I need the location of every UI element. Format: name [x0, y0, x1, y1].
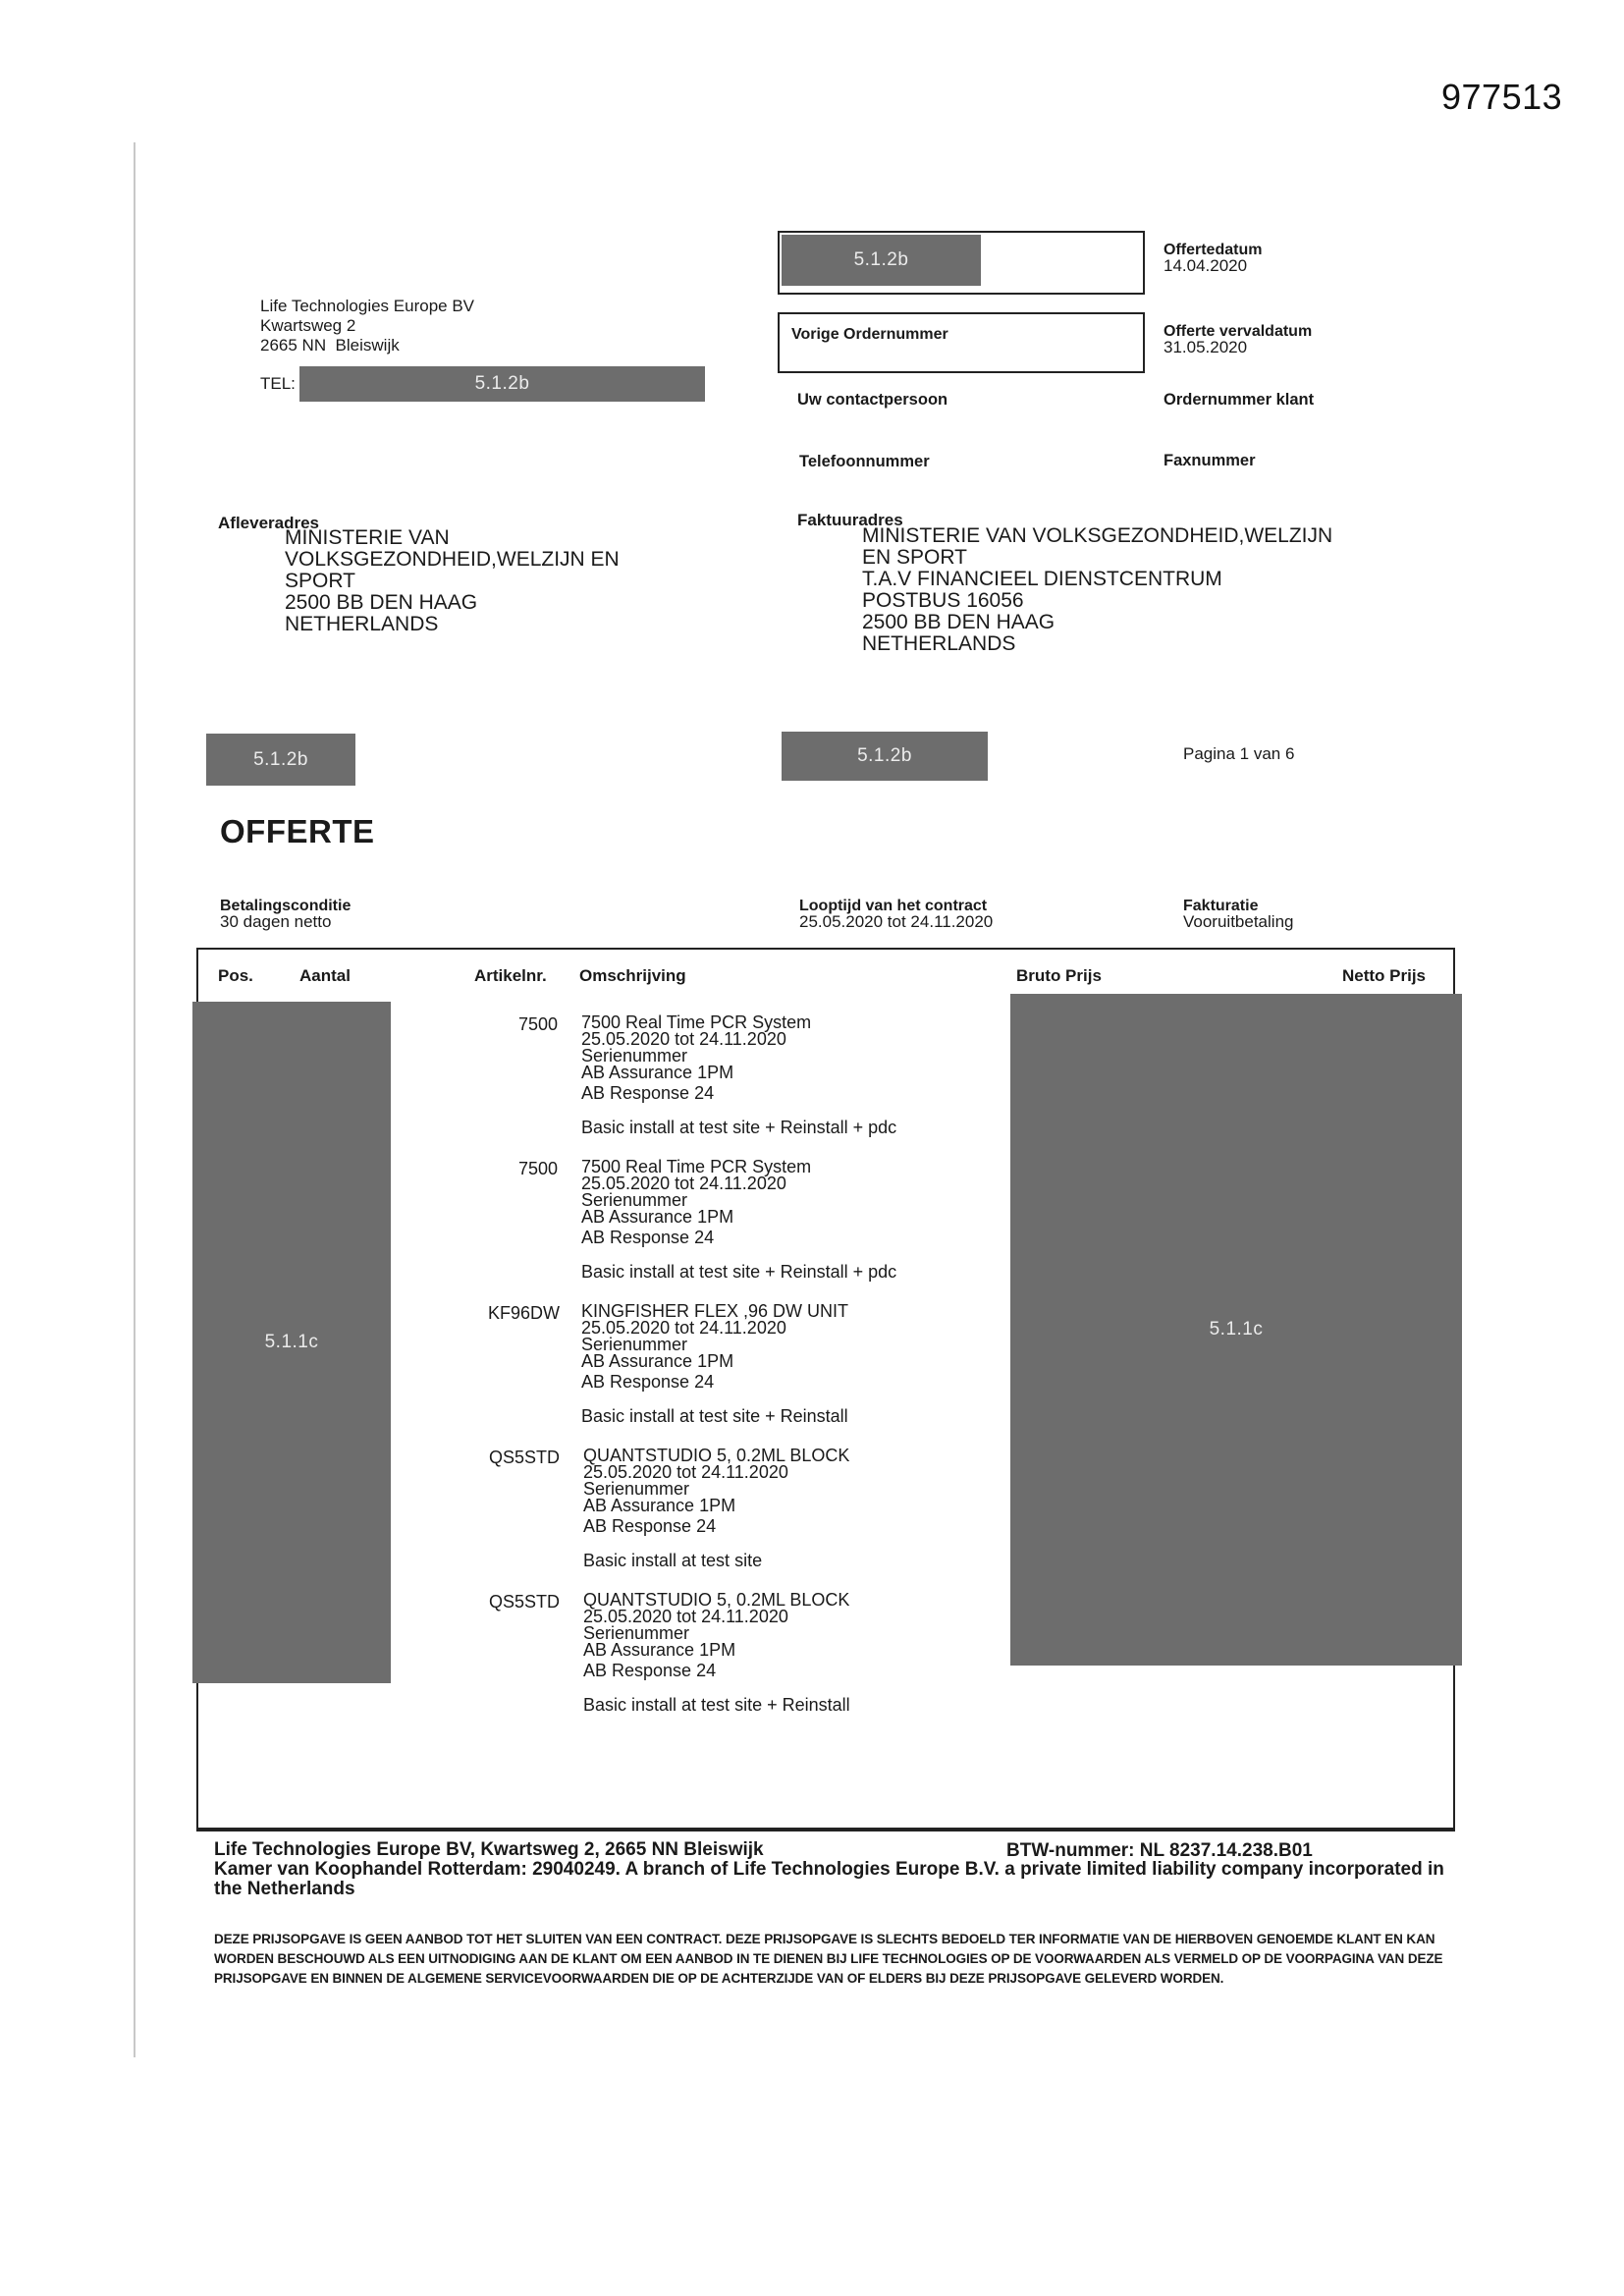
billing: Fakturatie Vooruitbetaling	[1183, 899, 1293, 930]
redaction-tel: 5.1.2b	[299, 366, 705, 402]
header-article: Artikelnr.	[474, 966, 547, 986]
header-description: Omschrijving	[579, 966, 686, 986]
footer-registration-line: Kamer van Koophandel Rotterdam: 29040249…	[214, 1860, 1451, 1899]
delivery-address-line: VOLKSGEZONDHEID,WELZIJN EN	[285, 549, 620, 571]
item-install-note: Basic install at test site + Reinstall +…	[581, 1264, 896, 1281]
redaction-code: 5.1.2b	[857, 745, 912, 767]
item-description-line: AB Response 24	[583, 1518, 849, 1535]
redaction-code: 5.1.1c	[265, 1332, 319, 1353]
payment-terms: Betalingsconditie 30 dagen netto	[220, 899, 351, 930]
table-row: KINGFISHER FLEX ,96 DW UNIT25.05.2020 to…	[581, 1303, 848, 1425]
header-net-price: Netto Prijs	[1342, 966, 1426, 986]
expiry-date-value: 31.05.2020	[1164, 340, 1312, 355]
table-row: 7500 Real Time PCR System25.05.2020 tot …	[581, 1014, 896, 1136]
payment-terms-value: 30 dagen netto	[220, 914, 351, 930]
invoice-address-line: 2500 BB DEN HAAG	[862, 612, 1332, 633]
item-article-number: QS5STD	[442, 1592, 560, 1613]
item-install-note: Basic install at test site	[583, 1553, 849, 1569]
phone-label: Telefoonnummer	[799, 453, 930, 471]
invoice-address-line: EN SPORT	[862, 547, 1332, 569]
previous-order-box: Vorige Ordernummer	[778, 312, 1145, 373]
tel-label: TEL:	[260, 374, 296, 394]
scan-edge-line	[134, 142, 135, 2057]
table-row: QUANTSTUDIO 5, 0.2ML BLOCK25.05.2020 tot…	[583, 1448, 849, 1569]
previous-order-label: Vorige Ordernummer	[791, 326, 948, 344]
customer-order-label: Ordernummer klant	[1164, 391, 1314, 410]
item-description-line: AB Response 24	[581, 1374, 848, 1391]
table-row: 7500 Real Time PCR System25.05.2020 tot …	[581, 1159, 896, 1281]
header-qty: Aantal	[299, 966, 351, 986]
invoice-address-line: T.A.V FINANCIEEL DIENSTCENTRUM	[862, 569, 1332, 590]
sender-address: Life Technologies Europe BV Kwartsweg 2 …	[260, 297, 474, 355]
redaction-code: 5.1.1c	[1210, 1319, 1264, 1340]
sender-city: 2665 NN Bleiswijk	[260, 336, 474, 355]
delivery-address-line: NETHERLANDS	[285, 614, 620, 635]
item-install-note: Basic install at test site + Reinstall +…	[581, 1120, 896, 1136]
invoice-address-line: POSTBUS 16056	[862, 590, 1332, 612]
document-title: OFFERTE	[220, 813, 375, 850]
item-description-line: AB Response 24	[583, 1663, 850, 1679]
billing-value: Vooruitbetaling	[1183, 914, 1293, 930]
sender-street: Kwartsweg 2	[260, 316, 474, 336]
delivery-address-line: 2500 BB DEN HAAG	[285, 592, 620, 614]
item-description-line: AB Assurance 1PM	[581, 1065, 896, 1081]
fax-label: Faxnummer	[1164, 452, 1256, 470]
offer-date-field: Offertedatum 14.04.2020	[1164, 243, 1262, 274]
redaction-offer-number: 5.1.2b	[782, 235, 981, 286]
item-article-number: 7500	[440, 1014, 558, 1035]
contract-period-value: 25.05.2020 tot 24.11.2020	[799, 914, 993, 930]
item-description-line: AB Assurance 1PM	[583, 1642, 850, 1659]
redaction-left-block: 5.1.2b	[206, 734, 355, 786]
delivery-address-line: MINISTERIE VAN	[285, 527, 620, 549]
contract-period: Looptijd van het contract 25.05.2020 tot…	[799, 899, 993, 930]
redaction-code: 5.1.2b	[253, 749, 308, 771]
invoice-address-line: MINISTERIE VAN VOLKSGEZONDHEID,WELZIJN	[862, 525, 1332, 547]
item-install-note: Basic install at test site + Reinstall	[583, 1697, 850, 1714]
redaction-code: 5.1.2b	[475, 373, 530, 395]
redaction-pos-qty-column: 5.1.1c	[192, 1002, 391, 1683]
redaction-price-columns: 5.1.1c	[1010, 994, 1462, 1666]
offer-date-value: 14.04.2020	[1164, 258, 1262, 274]
contact-person-label: Uw contactpersoon	[797, 391, 947, 410]
page-indicator: Pagina 1 van 6	[1183, 744, 1294, 764]
header-pos: Pos.	[218, 966, 253, 986]
item-article-number: KF96DW	[442, 1303, 560, 1324]
redaction-code: 5.1.2b	[854, 249, 909, 271]
redaction-middle-block: 5.1.2b	[782, 732, 988, 781]
item-article-number: QS5STD	[442, 1448, 560, 1468]
item-description-line: AB Assurance 1PM	[581, 1209, 896, 1226]
delivery-address-line: SPORT	[285, 571, 620, 592]
footer-disclaimer: DEZE PRIJSOPGAVE IS GEEN AANBOD TOT HET …	[214, 1930, 1461, 1989]
offer-number-box: 5.1.2b	[778, 231, 1145, 295]
item-description-line: AB Response 24	[581, 1085, 896, 1102]
item-article-number: 7500	[440, 1159, 558, 1179]
delivery-address: MINISTERIE VANVOLKSGEZONDHEID,WELZIJN EN…	[285, 527, 620, 635]
expiry-date-field: Offerte vervaldatum 31.05.2020	[1164, 324, 1312, 355]
document-number: 977513	[1441, 77, 1562, 118]
footer-vat-number: BTW-nummer: NL 8237.14.238.B01	[1006, 1840, 1313, 1862]
invoice-address: MINISTERIE VAN VOLKSGEZONDHEID,WELZIJNEN…	[862, 525, 1332, 655]
item-description-line: AB Response 24	[581, 1230, 896, 1246]
item-install-note: Basic install at test site + Reinstall	[581, 1408, 848, 1425]
table-row: QUANTSTUDIO 5, 0.2ML BLOCK25.05.2020 tot…	[583, 1592, 850, 1714]
item-description-line: AB Assurance 1PM	[583, 1498, 849, 1514]
invoice-address-line: NETHERLANDS	[862, 633, 1332, 655]
item-description-line: AB Assurance 1PM	[581, 1353, 848, 1370]
header-gross-price: Bruto Prijs	[1016, 966, 1102, 986]
sender-company: Life Technologies Europe BV	[260, 297, 474, 316]
